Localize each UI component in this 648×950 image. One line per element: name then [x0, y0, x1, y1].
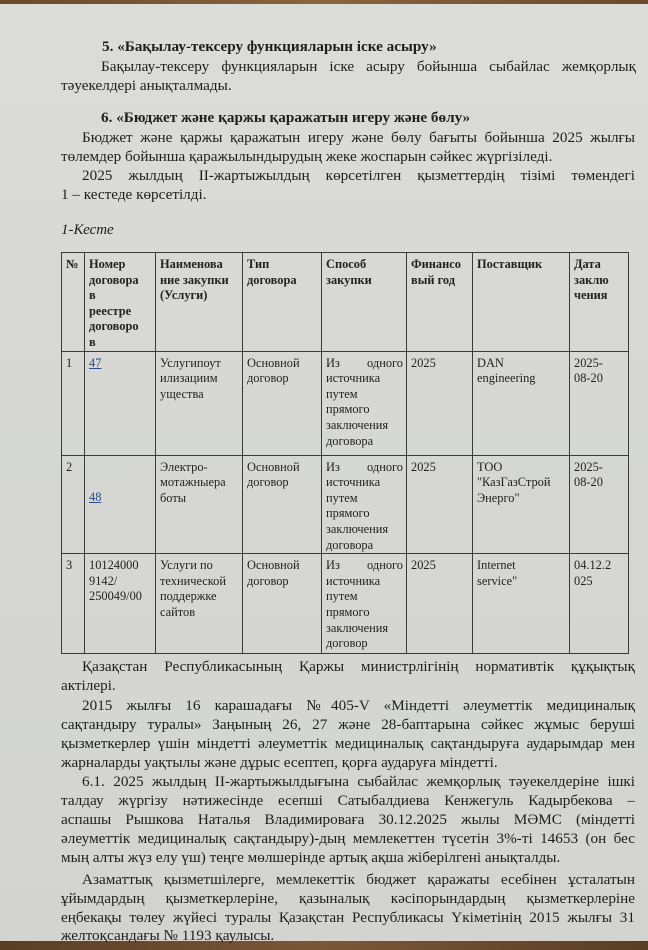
cell-fiscal-year: 2025 — [407, 351, 473, 455]
section-5-line-2: тәуекелдері анықталмады. — [61, 77, 232, 95]
header-col-contract-type: Типдоговора — [243, 253, 322, 352]
cell-contract-type: Основнойдоговор — [243, 351, 322, 455]
cell-contract-number: 47 — [85, 351, 156, 455]
after-table-para2-line4: жарналарды уақтылы және дұрыс есептеп, қ… — [61, 754, 498, 772]
section-6-para1-line2: төлемдер бойынша қаражылындырудың жеке ж… — [61, 148, 552, 166]
section-5-heading: 5. «Бақылау-тексеру функцияларын іске ас… — [102, 38, 437, 56]
section-6-para1-line1: Бюджет және қаржы қаражатын игеру және б… — [82, 129, 635, 147]
cell-purchase-name: Услуги потехническойподдержкесайтов — [156, 554, 243, 654]
after-table-para2-line2: сақтандыру туралы» Заңының 26, 27 және 2… — [61, 716, 635, 734]
header-col-fiscal-year: Финансовый год — [407, 253, 473, 352]
section-5-line-1: Бақылау-тексеру функцияларын іске асыру … — [101, 58, 636, 76]
cell-number: 2 — [62, 455, 85, 554]
after-table-para4-line1: Азаматтық қызметшілерге, мемлекеттік бюд… — [82, 871, 635, 889]
cell-purchase-method: Из одногоисточникапутемпрямогозаключения… — [322, 455, 407, 554]
after-table-para4-line4: желтоқсандағы № 1193 қаулысы. — [61, 927, 274, 945]
header-col-number: № — [62, 253, 85, 352]
after-table-para2-line1: 2015 жылғы 16 карашадағы №405-V «Міндетт… — [82, 697, 635, 715]
cell-purchase-name: Электро-мотажныеработы — [156, 455, 243, 554]
cell-supplier: Internetservice" — [473, 554, 570, 654]
cell-supplier: ТОО"КазГазСтройЭнерго" — [473, 455, 570, 554]
after-table-para4-line3: еңбекақы төлеу жүйесі туралы Қазақстан Р… — [61, 909, 635, 927]
cell-conclusion-date: 2025-08-20 — [570, 351, 629, 455]
after-table-para3-line1: 6.1. 2025 жылдың ІІ-жартыжылдығына сыбай… — [82, 773, 635, 791]
contracts-table: №НомердоговоравреестредоговоровНаименова… — [61, 252, 629, 654]
cell-purchase-name: Услугипоутилизациимущества — [156, 351, 243, 455]
cell-fiscal-year: 2025 — [407, 455, 473, 554]
after-table-para3-line5: мың алты жүз елу үш) теңге мөлшерінде ар… — [61, 849, 560, 867]
cell-contract-number: 48 — [85, 455, 156, 554]
after-table-para1-line1: Қазақстан Республикасының Қаржы министрл… — [82, 658, 635, 676]
section-6-heading: 6. «Бюджет және қаржы қаражатын игеру жә… — [101, 109, 470, 127]
header-col-supplier: Поставщик — [473, 253, 570, 352]
header-col-purchase-name: Наименование закупки(Услуги) — [156, 253, 243, 352]
after-table-para1-line2: актілері. — [61, 677, 116, 695]
cell-purchase-method: Из одногоисточникапутемпрямогозаключения… — [322, 554, 407, 654]
cell-number: 1 — [62, 351, 85, 455]
cell-contract-type: Основнойдоговор — [243, 554, 322, 654]
after-table-para2-line3: қызметкерлер үшін міндетті әлеуметтік ме… — [61, 735, 635, 753]
section-6-para2-line1: 2025 жылдың ІІ-жартыжылдың көрсетілген қ… — [82, 167, 635, 185]
cell-fiscal-year: 2025 — [407, 554, 473, 654]
header-col-contract-number: Номердоговоравреестредоговоров — [85, 253, 156, 352]
after-table-para3-line2: талдау жүргізу нәтижесінде есепші Сатыба… — [61, 792, 635, 810]
cell-conclusion-date: 04.12.2025 — [570, 554, 629, 654]
table-row: 147УслугипоутилизациимуществаОсновнойдог… — [62, 351, 629, 455]
table-caption: 1-Кесте — [61, 221, 114, 239]
header-col-conclusion-date: Датазаключения — [570, 253, 629, 352]
cell-conclusion-date: 2025-08-20 — [570, 455, 629, 554]
after-table-para4-line2: ұйымдардың қызметкерлеріне, қазыналық кә… — [61, 890, 635, 908]
cell-contract-type: Основнойдоговор — [243, 455, 322, 554]
after-table-para3-line3: аспашы Рышкова Наталья Владимироваға 30.… — [61, 811, 635, 829]
table-row: 248Электро-мотажныеработыОсновнойдоговор… — [62, 455, 629, 554]
table-row: 3101240009142/250049/00Услуги потехничес… — [62, 554, 629, 654]
section-6-para2-line2: 1 – кестеде көрсетілді. — [61, 186, 207, 204]
after-table-para3-line4: әлеуметтік медициналық сақтандыру)-дың м… — [61, 830, 635, 848]
cell-supplier: DANengineering — [473, 351, 570, 455]
cell-number: 3 — [62, 554, 85, 654]
table-header-row: №НомердоговоравреестредоговоровНаименова… — [62, 253, 629, 352]
cell-contract-number: 101240009142/250049/00 — [85, 554, 156, 654]
cell-purchase-method: Из одногоисточникапутемпрямогозаключения… — [322, 351, 407, 455]
contract-link[interactable]: 47 — [89, 356, 101, 370]
contract-link[interactable]: 48 — [89, 490, 101, 504]
header-col-purchase-method: Способзакупки — [322, 253, 407, 352]
